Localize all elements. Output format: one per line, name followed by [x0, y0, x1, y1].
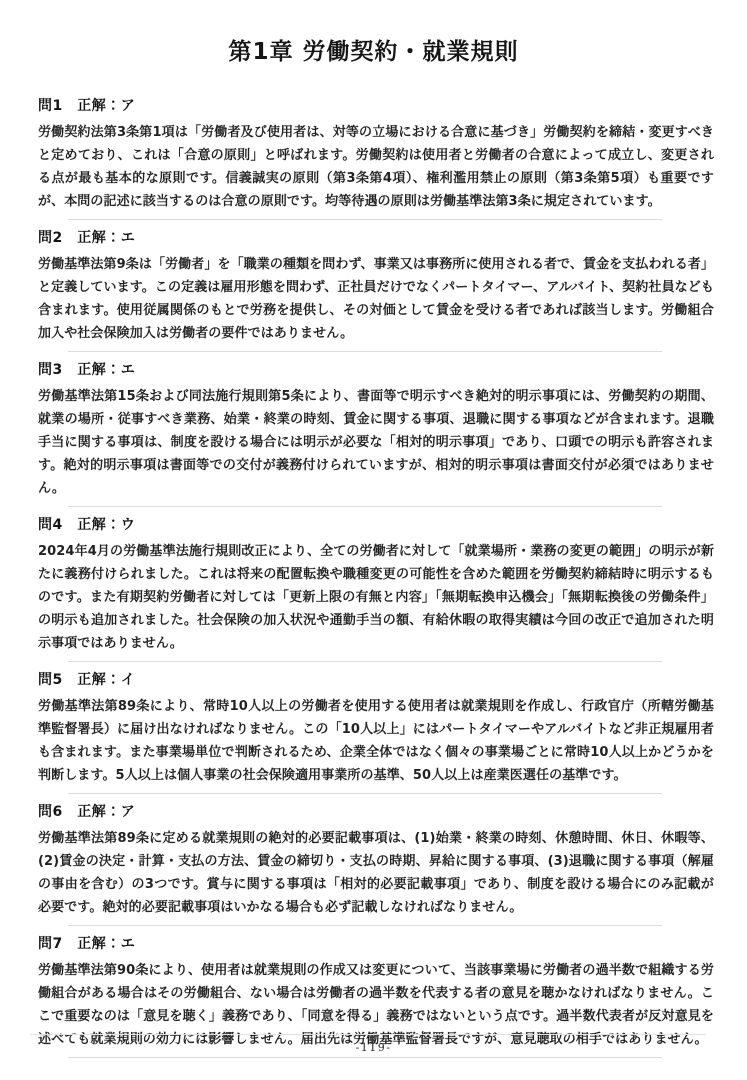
- question-block-3: 問3 正解：エ 労働基準法第15条および同法施行規則第5条により、書面等で明示す…: [38, 362, 714, 507]
- question-7-answer-heading: 問7 正解：エ: [38, 936, 714, 953]
- question-3-answer-heading: 問3 正解：エ: [38, 362, 714, 379]
- question-5-answer-heading: 問5 正解：イ: [38, 672, 714, 689]
- page-number: -119-: [0, 1041, 747, 1054]
- question-block-1: 問1 正解：ア 労働契約法第3条第1項は「労働者及び使用者は、対等の立場における…: [38, 98, 714, 220]
- section-divider: [68, 506, 662, 507]
- question-block-5: 問5 正解：イ 労働基準法第89条により、常時10人以上の労働者を使用する使用者…: [38, 672, 714, 794]
- document-page: 第1章 労働契約・就業規則 問1 正解：ア 労働契約法第3条第1項は「労働者及び…: [0, 0, 747, 1080]
- question-1-answer-heading: 問1 正解：ア: [38, 98, 714, 115]
- question-2-answer-heading: 問2 正解：エ: [38, 230, 714, 247]
- question-5-explanation: 労働基準法第89条により、常時10人以上の労働者を使用する使用者は就業規則を作成…: [38, 695, 714, 787]
- answer-explanations: 問1 正解：ア 労働契約法第3条第1項は「労働者及び使用者は、対等の立場における…: [38, 98, 714, 1058]
- question-2-explanation: 労働基準法第9条は「労働者」を「職業の種類を問わず、事業又は事務所に使用される者…: [38, 253, 714, 345]
- question-block-6: 問6 正解：ア 労働基準法第89条に定める就業規則の絶対的必要記載事項は、(1)…: [38, 804, 714, 926]
- question-4-answer-heading: 問4 正解：ウ: [38, 517, 714, 534]
- question-1-explanation: 労働契約法第3条第1項は「労働者及び使用者は、対等の立場における合意に基づき」労…: [38, 121, 714, 213]
- question-6-answer-heading: 問6 正解：ア: [38, 804, 714, 821]
- section-divider: [68, 925, 662, 926]
- question-6-explanation: 労働基準法第89条に定める就業規則の絶対的必要記載事項は、(1)始業・終業の時刻…: [38, 827, 714, 919]
- page-footer: -119-: [0, 1034, 747, 1080]
- chapter-title: 第1章 労働契約・就業規則: [0, 0, 747, 68]
- section-divider: [68, 793, 662, 794]
- section-divider: [68, 661, 662, 662]
- footer-rule: [30, 1034, 706, 1035]
- question-3-explanation: 労働基準法第15条および同法施行規則第5条により、書面等で明示すべき絶対的明示事…: [38, 385, 714, 500]
- section-divider: [68, 351, 662, 352]
- section-divider: [68, 219, 662, 220]
- question-block-2: 問2 正解：エ 労働基準法第9条は「労働者」を「職業の種類を問わず、事業又は事務…: [38, 230, 714, 352]
- question-block-4: 問4 正解：ウ 2024年4月の労働基準法施行規則改正により、全ての労働者に対し…: [38, 517, 714, 662]
- question-4-explanation: 2024年4月の労働基準法施行規則改正により、全ての労働者に対して「就業場所・業…: [38, 540, 714, 655]
